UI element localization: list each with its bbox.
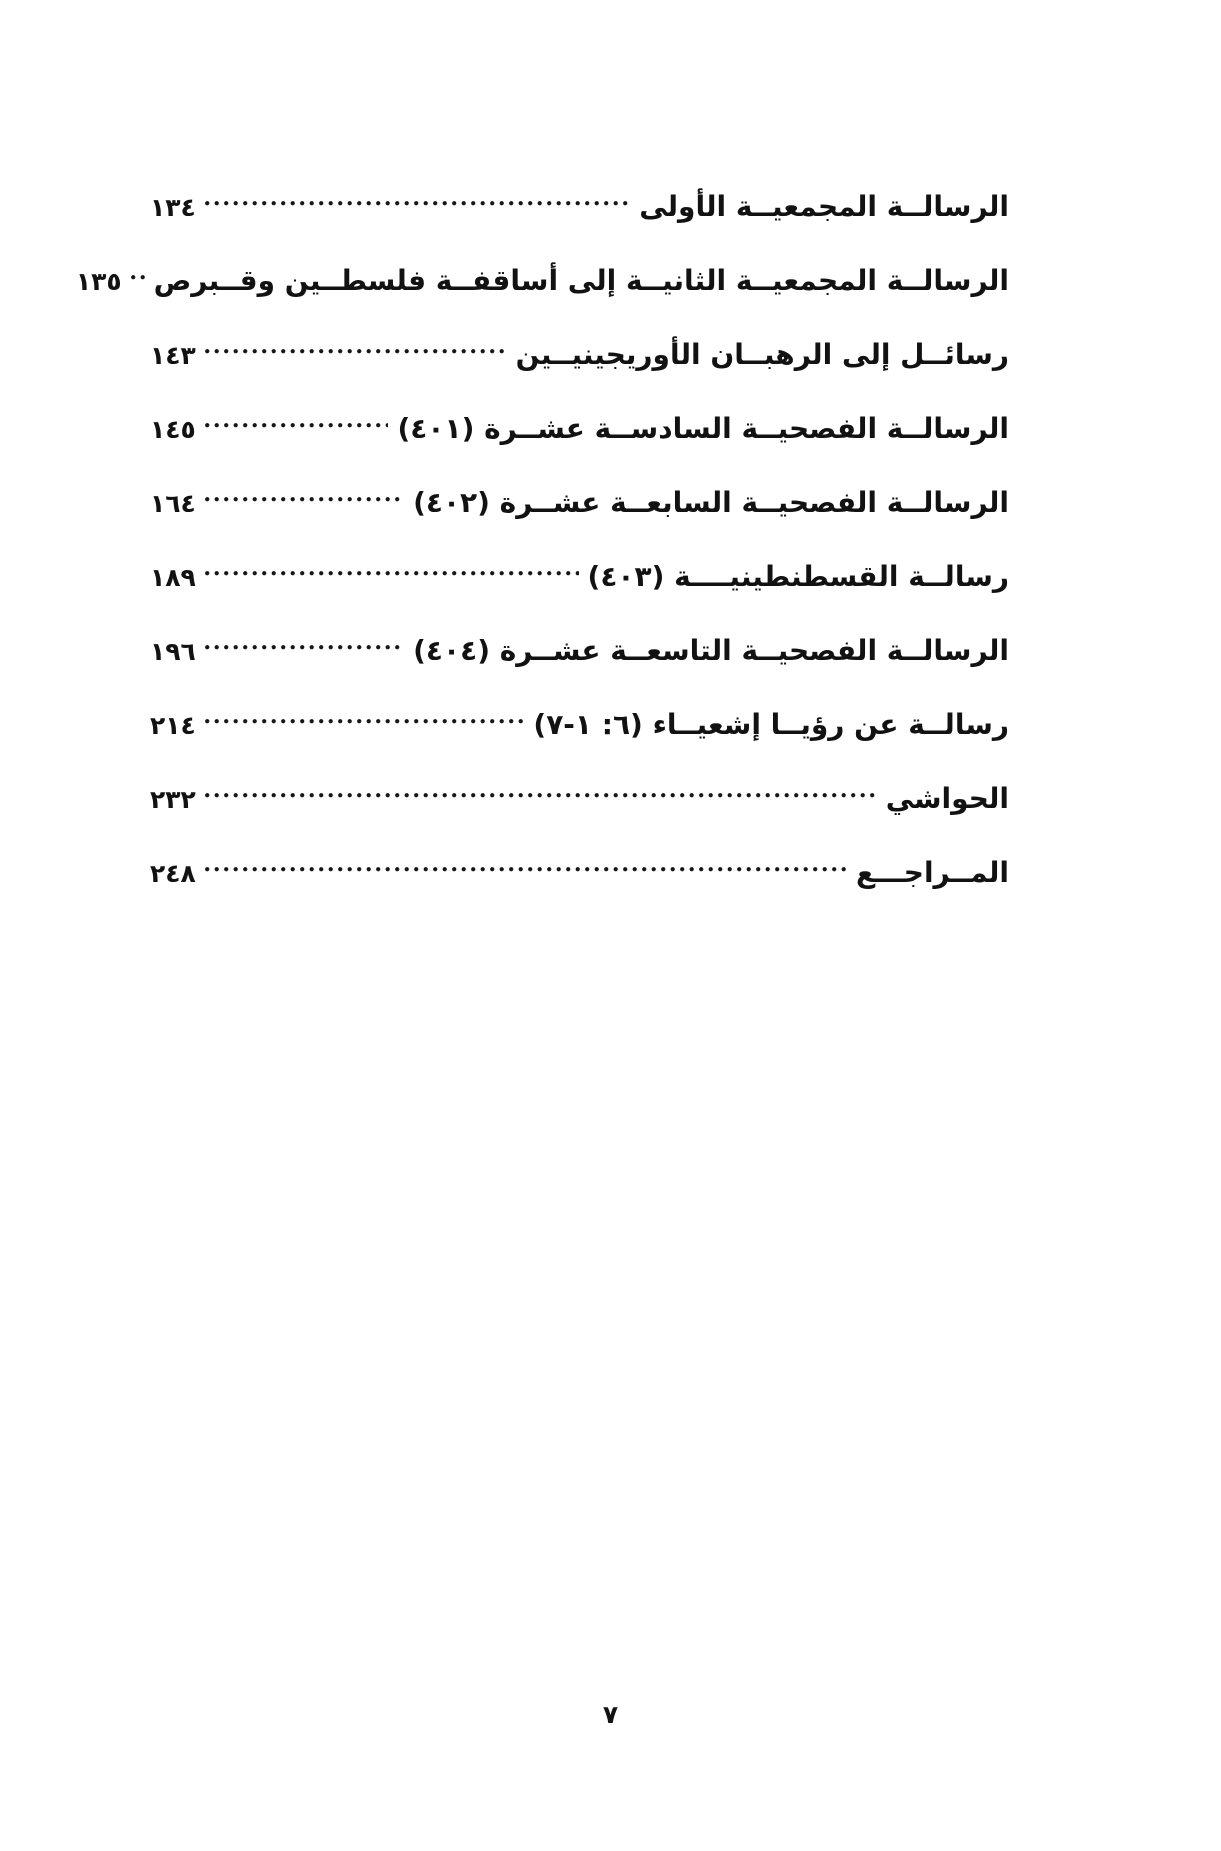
toc-entry-page-number: ١٤٥ (150, 409, 196, 451)
dot-leader (205, 792, 877, 808)
dot-leader (205, 496, 404, 512)
dot-leader (205, 422, 389, 438)
toc-entry-page-number: ٢٣٢ (150, 779, 196, 821)
toc-list: الرسالــة المجمعيــة الأولى ١٣٤ الرسالــ… (150, 186, 1009, 926)
toc-entry-title: الرسالــة الفصحيــة التاسعــة عشــرة (٤٠… (413, 630, 1009, 672)
toc-entry-title: الرسالــة الفصحيــة السادســة عشــرة (٤٠… (397, 408, 1009, 450)
toc-entry: المــراجـــع ٢٤٨ (150, 852, 1009, 895)
toc-entry-title: رسالــة القسطنطينيــــة (٤٠٣) (588, 556, 1009, 598)
toc-entry-title: الرسالــة الفصحيــة السابعــة عشــرة (٤٠… (413, 482, 1009, 524)
toc-entry-page-number: ١٩٦ (150, 631, 196, 673)
dot-leader (205, 644, 404, 660)
toc-entry-page-number: ١٨٩ (150, 557, 196, 599)
document-page: الرسالــة المجمعيــة الأولى ١٣٤ الرسالــ… (0, 0, 1221, 1851)
toc-entry-page-number: ٢٤٨ (150, 853, 196, 895)
toc-entry-title: الرسالــة المجمعيــة الأولى (639, 186, 1009, 228)
toc-entry: الحواشي ٢٣٢ (150, 778, 1009, 821)
toc-entry-title: الحواشي (886, 778, 1009, 820)
dot-leader (205, 200, 630, 216)
dot-leader (205, 348, 507, 364)
toc-entry: الرسالــة المجمعيــة الثانيــة إلى أساقف… (150, 260, 1009, 303)
toc-entry: الرسالــة الفصحيــة السادســة عشــرة (٤٠… (150, 408, 1009, 451)
toc-entry-title: الرسالــة المجمعيــة الثانيــة إلى أساقف… (154, 260, 1009, 302)
toc-entry-page-number: ١٤٣ (150, 335, 196, 377)
toc-entry: الرسالــة المجمعيــة الأولى ١٣٤ (150, 186, 1009, 229)
toc-entry-title: المــراجـــع (856, 852, 1009, 894)
toc-entry: رسائــل إلى الرهبــان الأوريجينيــين ١٤٣ (150, 334, 1009, 377)
dot-leader (131, 274, 145, 290)
toc-entry-title: رسالــة عن رؤيــا إشعيــاء (٦: ١-٧) (533, 704, 1009, 746)
toc-entry: رسالــة القسطنطينيــــة (٤٠٣) ١٨٩ (150, 556, 1009, 599)
dot-leader (205, 570, 579, 586)
toc-entry-page-number: ٢١٤ (150, 705, 196, 747)
dot-leader (205, 718, 525, 734)
toc-entry-title: رسائــل إلى الرهبــان الأوريجينيــين (516, 334, 1009, 376)
dot-leader (205, 866, 847, 882)
toc-entry-page-number: ١٣٤ (150, 187, 196, 229)
toc-entry: رسالــة عن رؤيــا إشعيــاء (٦: ١-٧) ٢١٤ (150, 704, 1009, 747)
toc-entry-page-number: ١٦٤ (150, 483, 196, 525)
toc-entry: الرسالــة الفصحيــة السابعــة عشــرة (٤٠… (150, 482, 1009, 525)
toc-entry: الرسالــة الفصحيــة التاسعــة عشــرة (٤٠… (150, 630, 1009, 673)
page-number: ٧ (0, 1700, 1221, 1729)
toc-entry-page-number: ١٣٥ (76, 261, 122, 303)
